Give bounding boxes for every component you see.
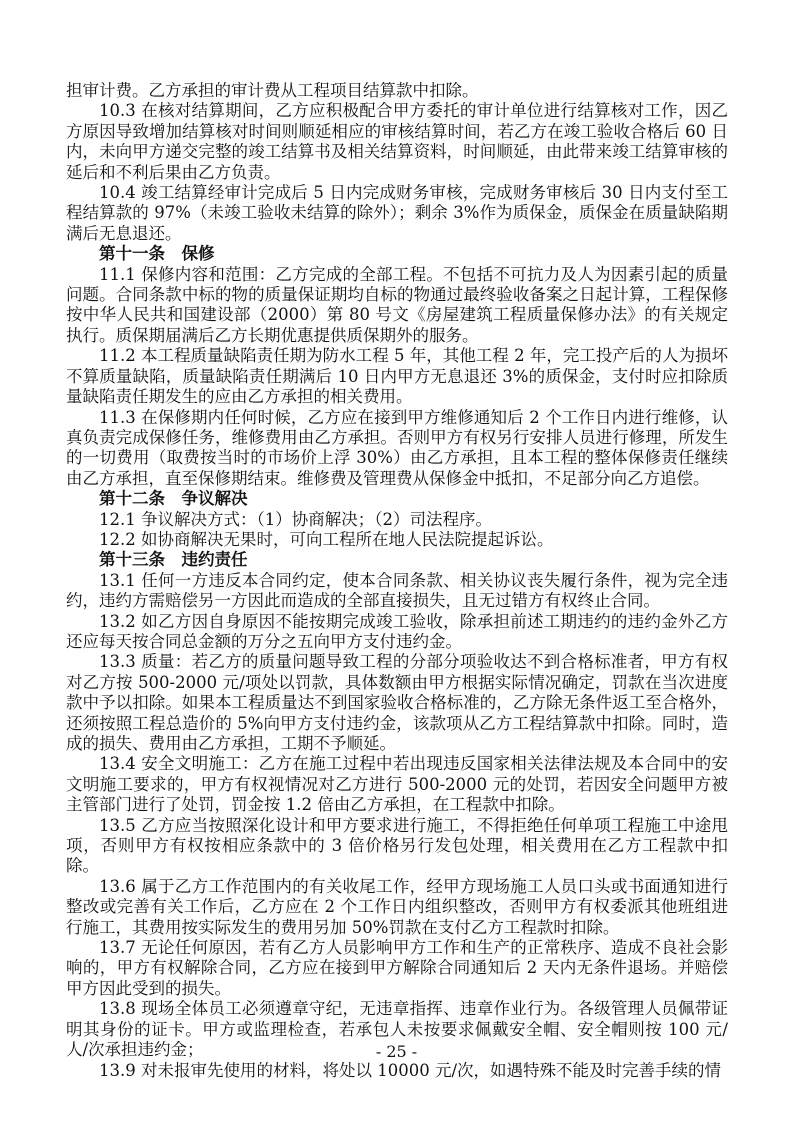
heading-article-11-warranty: 第十一条 保修 xyxy=(66,244,728,264)
heading-article-13-breach-liability: 第十三条 违约责任 xyxy=(66,550,728,570)
clause-11-3: 11.3 在保修期内任何时候，乙方应在接到甲方维修通知后 2 个工作日内进行维修… xyxy=(66,408,728,490)
clause-13-5: 13.5 乙方应当按照深化设计和甲方要求进行施工，不得拒绝任何单项工程施工中途甩… xyxy=(66,816,728,877)
page-number: - 25 - xyxy=(0,1042,793,1062)
clause-10-3: 10.3 在核对结算期间，乙方应积极配合甲方委托的审计单位进行结算核对工作，因乙… xyxy=(66,101,728,183)
clause-11-2: 11.2 本工程质量缺陷责任期为防水工程 5 年，其他工程 2 年，完工投产后的… xyxy=(66,346,728,407)
clause-10-4: 10.4 竣工结算经审计完成后 5 日内完成财务审核，完成财务审核后 30 日内… xyxy=(66,183,728,244)
clause-13-9: 13.9 对未报审先使用的材料，将处以 10000 元/次，如遇特殊不能及时完善… xyxy=(66,1061,728,1081)
clause-12-2: 12.2 如协商解决无果时，可向工程所在地人民法院提起诉讼。 xyxy=(66,530,728,550)
contract-text-body: 担审计费。乙方承担的审计费从工程项目结算款中扣除。 10.3 在核对结算期间，乙… xyxy=(66,81,728,1081)
clause-13-7: 13.7 无论任何原因，若有乙方人员影响甲方工作和生产的正常秩序、造成不良社会影… xyxy=(66,938,728,999)
document-page: 担审计费。乙方承担的审计费从工程项目结算款中扣除。 10.3 在核对结算期间，乙… xyxy=(0,0,793,1122)
clause-13-2: 13.2 如乙方因自身原因不能按期完成竣工验收，除承担前述工期违约的违约金外乙方… xyxy=(66,612,728,653)
clause-13-1: 13.1 任何一方违反本合同约定，使本合同条款、相关协议丧失履行条件，视为完全违… xyxy=(66,571,728,612)
heading-article-12-dispute-resolution: 第十二条 争议解决 xyxy=(66,489,728,509)
clause-13-3: 13.3 质量：若乙方的质量问题导致工程的分部分项验收达不到合格标准者，甲方有权… xyxy=(66,652,728,754)
clause-13-4: 13.4 安全文明施工：乙方在施工过程中若出现违反国家相关法律法规及本合同中的安… xyxy=(66,754,728,815)
clause-12-1: 12.1 争议解决方式：（1）协商解决；（2）司法程序。 xyxy=(66,510,728,530)
clause-13-6: 13.6 属于乙方工作范围内的有关收尾工作，经甲方现场施工人员口头或书面通知进行… xyxy=(66,877,728,938)
clause-11-1: 11.1 保修内容和范围：乙方完成的全部工程。不包括不可抗力及人为因素引起的质量… xyxy=(66,265,728,347)
clause-10-2-continuation: 担审计费。乙方承担的审计费从工程项目结算款中扣除。 xyxy=(66,81,728,101)
